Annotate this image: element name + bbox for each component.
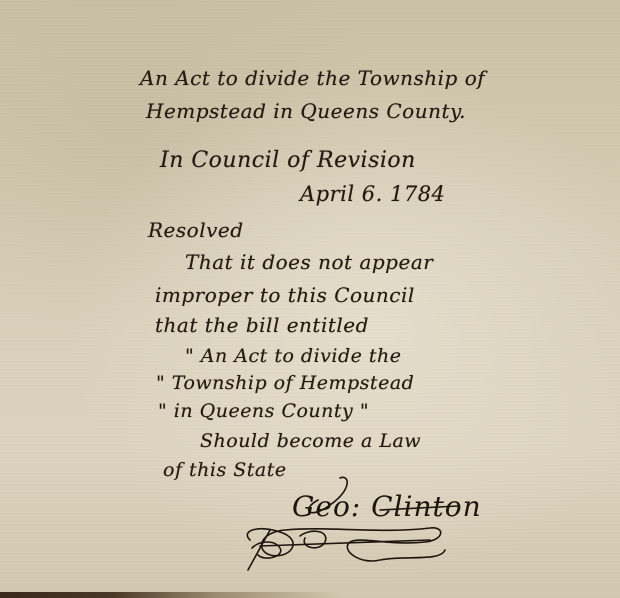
signature-block: Geo: Clinton (230, 470, 470, 580)
body-line-5: " Township of Hempstead (156, 372, 414, 394)
signature-text: Geo: Clinton (292, 490, 482, 523)
body-line-1: That it does not appear (185, 250, 433, 274)
signature-flourish-icon (230, 470, 470, 580)
paper-bottom-edge (0, 592, 620, 598)
body-line-6: " in Queens County " (158, 400, 369, 422)
title-line-2: Hempstead in Queens County. (146, 99, 466, 123)
body-line-3: that the bill entitled (155, 313, 369, 337)
title-line-1: An Act to divide the Township of (140, 66, 485, 90)
body-line-4: " An Act to divide the (185, 345, 402, 367)
document-date: April 6. 1784 (300, 182, 445, 206)
body-line-7: Should become a Law (200, 430, 421, 452)
body-line-2: improper to this Council (155, 283, 415, 307)
resolved-label: Resolved (148, 218, 244, 242)
council-heading: In Council of Revision (160, 148, 416, 173)
